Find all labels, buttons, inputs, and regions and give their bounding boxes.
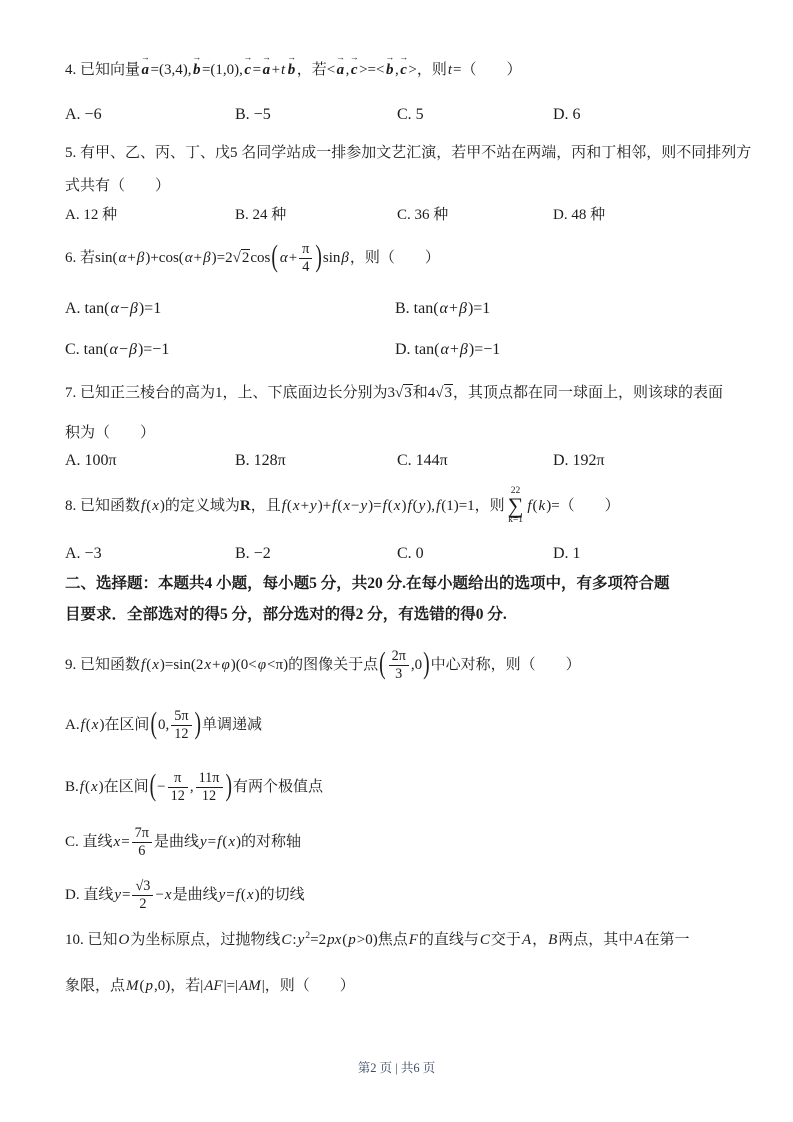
page-footer: 第2 页 | 共6 页 (0, 1058, 793, 1076)
q6-option-b: B. tan(α+β)=1 (395, 298, 735, 320)
question-10-stem-line2: 象限，点M(p,0)，若|AF|=|AM|，则（ ） (65, 976, 735, 996)
q7-option-a: A. 100π (65, 450, 235, 472)
question-8-options: A. −3 B. −2 C. 0 D. 1 (65, 543, 735, 565)
question-7-stem-line1: 7. 已知正三棱台的高为1，上、下底面边长分别为3√3和4√3，其顶点都在同一球… (65, 383, 735, 403)
q8-option-a: A. −3 (65, 543, 235, 565)
q5-option-b: B. 24 种 (235, 205, 397, 225)
q8-option-b: B. −2 (235, 543, 397, 565)
section-2-header-line2: 目要求．全部选对的得5 分，部分选对的得2 分，有选错的得0 分. (65, 605, 735, 626)
question-6-options-row1: A. tan(α−β)=1 B. tan(α+β)=1 (65, 298, 735, 320)
question-5-stem-line2: 式共有（ ） (65, 176, 735, 196)
question-8-stem: 8. 已知函数f(x)的定义域为R，且f(x+y)+f(x−y)=f(x)f(y… (65, 480, 735, 532)
q5-option-c: C. 36 种 (397, 205, 553, 225)
q4-option-a: A. −6 (65, 104, 235, 126)
q7-option-b: B. 128π (235, 450, 397, 472)
q9-option-a: A. f(x)在区间(0,5π12)单调递减 (65, 700, 735, 750)
q8-option-d: D. 1 (553, 543, 735, 565)
q8-option-c: C. 0 (397, 543, 553, 565)
q6-option-a: A. tan(α−β)=1 (65, 298, 395, 320)
question-5-options: A. 12 种 B. 24 种 C. 36 种 D. 48 种 (65, 205, 735, 225)
question-5-stem-line1: 5. 有甲、乙、丙、丁、戊5 名同学站成一排参加文艺汇演，若甲不站在两端，丙和丁… (65, 143, 735, 163)
q4-option-b: B. −5 (235, 104, 397, 126)
q4-option-d: D. 6 (553, 104, 735, 126)
q6-option-c: C. tan(α−β)=−1 (65, 339, 395, 361)
section-2-header-line1: 二、选择题：本题共4 小题，每小题5 分，共20 分.在每小题给出的选项中，有多… (65, 574, 735, 595)
question-9-stem: 9. 已知函数f(x)=sin(2x+φ)(0<φ<π)的图像关于点(2π3,0… (65, 638, 735, 692)
question-4-options: A. −6 B. −5 C. 5 D. 6 (65, 104, 735, 126)
q9-option-c: C. 直线x=7π6是曲线y=f(x)的对称轴 (65, 818, 735, 866)
q5-option-a: A. 12 种 (65, 205, 235, 225)
q5-option-d: D. 48 种 (553, 205, 735, 225)
q9-option-b: B. f(x)在区间(−π12,11π12)有两个极值点 (65, 762, 735, 812)
question-7-stem-line2: 积为（ ） (65, 423, 735, 443)
q4-option-c: C. 5 (397, 104, 553, 126)
question-7-options: A. 100π B. 128π C. 144π D. 192π (65, 450, 735, 472)
question-6-options-row2: C. tan(α−β)=−1 D. tan(α+β)=−1 (65, 339, 735, 361)
q7-option-d: D. 192π (553, 450, 735, 472)
exam-document-page: 4. 已知向量→a=(3,4),→b=(1,0),→c=→a+t→b，若<→a,… (0, 0, 793, 1122)
question-10-stem-line1: 10. 已知O为坐标原点，过抛物线C:y2=2px(p>0)焦点F的直线与C交于… (65, 929, 735, 950)
question-6-stem: 6. 若sin(α+β)+cos(α+β)=2√2cos(α+π4)sinβ，则… (65, 232, 735, 284)
q9-option-d: D. 直线y=√32−x是曲线y=f(x)的切线 (65, 870, 735, 920)
question-4-stem: 4. 已知向量→a=(3,4),→b=(1,0),→c=→a+t→b，若<→a,… (65, 60, 735, 80)
q6-option-d: D. tan(α+β)=−1 (395, 339, 735, 361)
q7-option-c: C. 144π (397, 450, 553, 472)
